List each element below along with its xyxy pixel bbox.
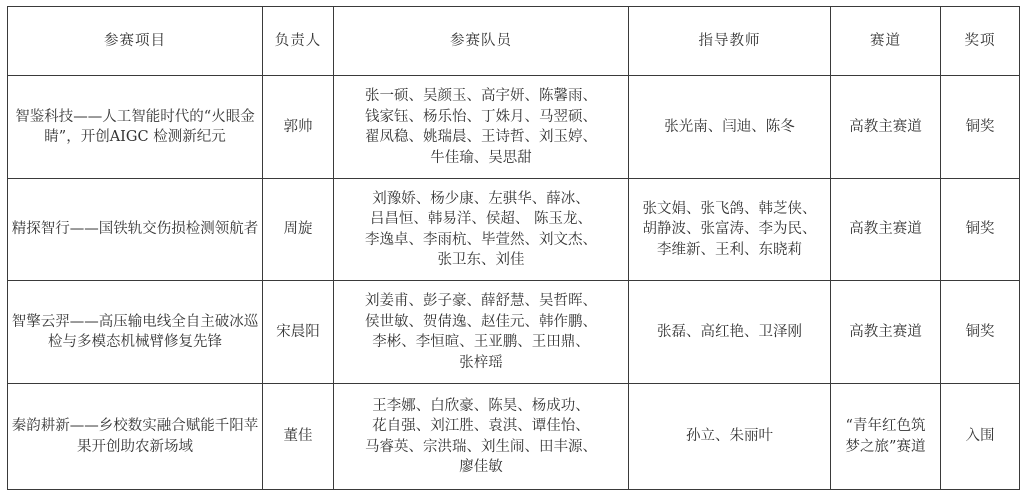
project-cell: 智擎云羿——高压输电线全自主破冰巡检与多模态机械臂修复先锋 <box>8 281 263 384</box>
track-line: 梦之旅”赛道 <box>834 437 937 458</box>
members-line: 侯世敏、贺倩逸、赵佳元、韩作鹏、 <box>337 312 625 333</box>
teachers-cell: 张文娟、张飞鸽、韩芝侠、 胡静波、张富涛、李为民、 李维新、王利、东晓莉 <box>629 179 831 281</box>
members-line: 刘姜甫、彭子豪、薛舒慧、吴哲晖、 <box>337 291 625 312</box>
track-cell: “青年红色筑 梦之旅”赛道 <box>831 384 941 490</box>
track-cell: 高教主赛道 <box>831 281 941 384</box>
table-row: 智擎云羿——高压输电线全自主破冰巡检与多模态机械臂修复先锋 宋晨阳 刘姜甫、彭子… <box>8 281 1020 384</box>
teachers-line: 胡静波、张富涛、李为民、 <box>632 219 827 240</box>
award-cell: 铜奖 <box>941 281 1020 384</box>
project-cell: 智鉴科技——人工智能时代的“火眼金睛”，开创AIGC 检测新纪元 <box>8 76 263 179</box>
members-line: 张卫东、刘佳 <box>337 250 625 271</box>
track-line: 高教主赛道 <box>834 117 937 138</box>
teachers-cell: 张光南、闫迪、陈冬 <box>629 76 831 179</box>
header-award: 奖项 <box>941 7 1020 76</box>
teachers-cell: 孙立、朱丽叶 <box>629 384 831 490</box>
members-line: 牛佳瑜、吴思甜 <box>337 148 625 169</box>
members-cell: 刘姜甫、彭子豪、薛舒慧、吴哲晖、 侯世敏、贺倩逸、赵佳元、韩作鹏、 李彬、李恒暄… <box>334 281 629 384</box>
leader-cell: 周旋 <box>263 179 334 281</box>
teachers-cell: 张磊、高红艳、卫泽刚 <box>629 281 831 384</box>
table-row: 精探智行——国铁轨交伤损检测领航者 周旋 刘豫娇、杨少康、左骐华、薛冰、 吕昌恒… <box>8 179 1020 281</box>
members-cell: 刘豫娇、杨少康、左骐华、薛冰、 吕昌恒、韩易洋、侯超、 陈玉龙、 李逸卓、李雨杭… <box>334 179 629 281</box>
members-line: 张一硕、吴颜玉、高宇妍、陈馨雨、 <box>337 86 625 107</box>
header-track: 赛道 <box>831 7 941 76</box>
header-project: 参赛项目 <box>8 7 263 76</box>
members-line: 李逸卓、李雨杭、毕萱然、刘文杰、 <box>337 230 625 251</box>
track-cell: 高教主赛道 <box>831 179 941 281</box>
project-cell: 秦韵耕新——乡校数实融合赋能千阳苹果开创助农新场域 <box>8 384 263 490</box>
header-leader: 负责人 <box>263 7 334 76</box>
table-row: 秦韵耕新——乡校数实融合赋能千阳苹果开创助农新场域 董佳 王李娜、白欣豪、陈昊、… <box>8 384 1020 490</box>
teachers-line: 张文娟、张飞鸽、韩芝侠、 <box>632 199 827 220</box>
header-row: 参赛项目 负责人 参赛队员 指导教师 赛道 奖项 <box>8 7 1020 76</box>
teachers-line: 张磊、高红艳、卫泽刚 <box>632 322 827 343</box>
award-cell: 入围 <box>941 384 1020 490</box>
members-cell: 王李娜、白欣豪、陈昊、杨成功、 花自强、刘江胜、袁淇、谭佳怡、 马睿英、宗洪瑞、… <box>334 384 629 490</box>
leader-cell: 郭帅 <box>263 76 334 179</box>
header-teachers: 指导教师 <box>629 7 831 76</box>
members-cell: 张一硕、吴颜玉、高宇妍、陈馨雨、 钱家钰、杨乐怡、丁姝月、马翌硕、 翟凤稳、姚瑞… <box>334 76 629 179</box>
members-line: 刘豫娇、杨少康、左骐华、薛冰、 <box>337 189 625 210</box>
track-cell: 高教主赛道 <box>831 76 941 179</box>
members-line: 王李娜、白欣豪、陈昊、杨成功、 <box>337 396 625 417</box>
award-cell: 铜奖 <box>941 179 1020 281</box>
project-cell: 精探智行——国铁轨交伤损检测领航者 <box>8 179 263 281</box>
leader-cell: 宋晨阳 <box>263 281 334 384</box>
track-line: 高教主赛道 <box>834 219 937 240</box>
teachers-line: 孙立、朱丽叶 <box>632 426 827 447</box>
members-line: 廖佳敏 <box>337 457 625 478</box>
table-row: 智鉴科技——人工智能时代的“火眼金睛”，开创AIGC 检测新纪元 郭帅 张一硕、… <box>8 76 1020 179</box>
members-line: 钱家钰、杨乐怡、丁姝月、马翌硕、 <box>337 107 625 128</box>
awards-table: 参赛项目 负责人 参赛队员 指导教师 赛道 奖项 智鉴科技——人工智能时代的“火… <box>7 6 1020 490</box>
members-line: 张梓瑶 <box>337 353 625 374</box>
header-members: 参赛队员 <box>334 7 629 76</box>
members-line: 花自强、刘江胜、袁淇、谭佳怡、 <box>337 416 625 437</box>
teachers-line: 张光南、闫迪、陈冬 <box>632 117 827 138</box>
track-line: “青年红色筑 <box>834 416 937 437</box>
teachers-line: 李维新、王利、东晓莉 <box>632 240 827 261</box>
leader-cell: 董佳 <box>263 384 334 490</box>
track-line: 高教主赛道 <box>834 322 937 343</box>
members-line: 翟凤稳、姚瑞晨、王诗哲、刘玉婷、 <box>337 127 625 148</box>
members-line: 吕昌恒、韩易洋、侯超、 陈玉龙、 <box>337 209 625 230</box>
members-line: 马睿英、宗洪瑞、刘生闹、田丰源、 <box>337 437 625 458</box>
award-cell: 铜奖 <box>941 76 1020 179</box>
members-line: 李彬、李恒暄、王亚鹏、王田鼎、 <box>337 332 625 353</box>
